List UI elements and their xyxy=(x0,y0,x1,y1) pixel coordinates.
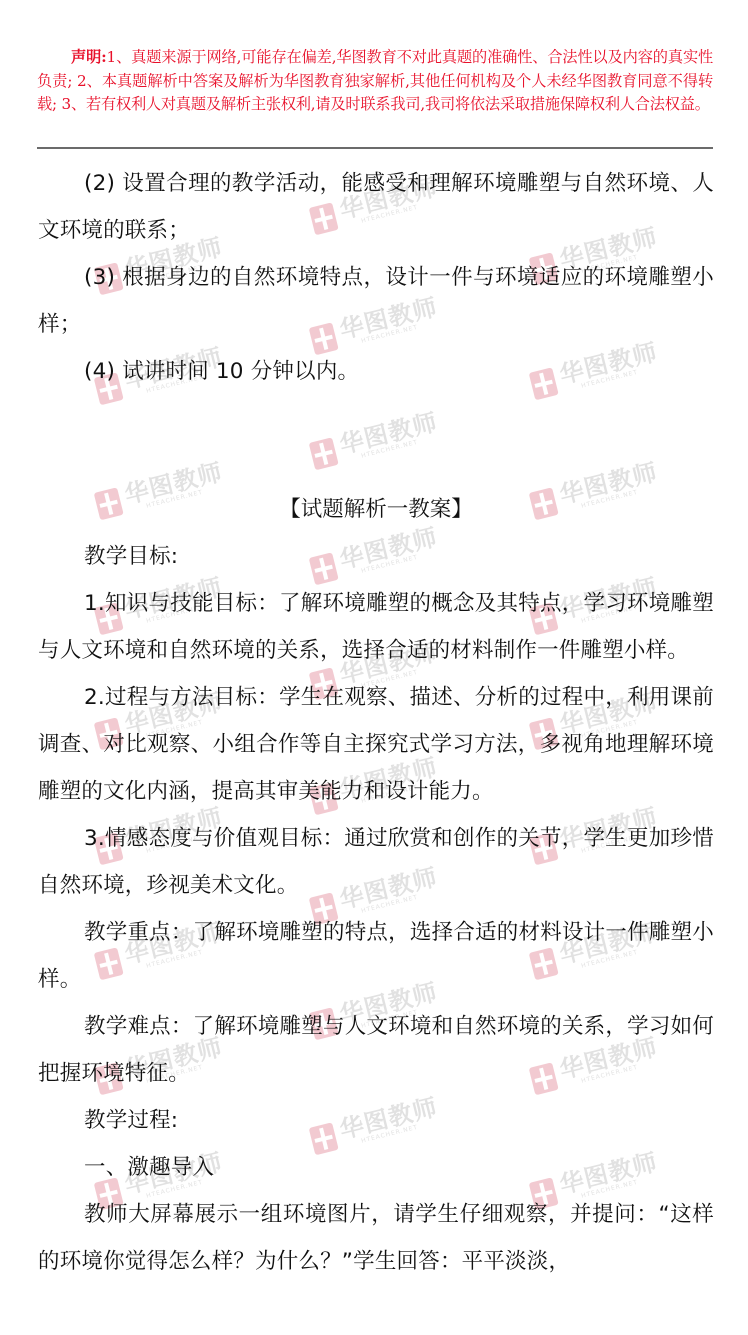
disclaimer-text: 1、真题来源于网络,可能存在偏差,华图教育不对此真题的准确性、合法性以及内容的真… xyxy=(37,48,713,113)
header-divider xyxy=(37,147,713,149)
objective-knowledge: 1.知识与技能目标：了解环境雕塑的概念及其特点，学习环境雕塑与人文环境和自然环境… xyxy=(38,580,714,674)
requirement-2: (2) 设置合理的教学活动，能感受和理解环境雕塑与自然环境、人文环境的联系； xyxy=(38,160,714,254)
objectives-label: 教学目标: xyxy=(38,533,714,580)
objective-process: 2.过程与方法目标：学生在观察、描述、分析的过程中，利用课前调查、对比观察、小组… xyxy=(38,674,714,815)
requirement-4: (4) 试讲时间 10 分钟以内。 xyxy=(38,348,714,395)
section-spacer xyxy=(38,395,714,486)
document-body: (2) 设置合理的教学活动，能感受和理解环境雕塑与自然环境、人文环境的联系； (… xyxy=(38,160,714,1285)
objective-emotion: 3.情感态度与价值观目标：通过欣赏和创作的关节，学生更加珍惜自然环境，珍视美术文… xyxy=(38,815,714,909)
process-label: 教学过程: xyxy=(38,1097,714,1144)
disclaimer-lead: 声明: xyxy=(71,48,107,66)
step1-text: 教师大屏幕展示一组环境图片，请学生仔细观察，并提问：“这样的环境你觉得怎么样？为… xyxy=(38,1191,714,1285)
step1-title: 一、激趣导入 xyxy=(38,1144,714,1191)
difficulty: 教学难点：了解环境雕塑与人文环境和自然环境的关系，学习如何把握环境特征。 xyxy=(38,1003,714,1097)
key-point: 教学重点：了解环境雕塑的特点，选择合适的材料设计一件雕塑小样。 xyxy=(38,909,714,1003)
section-heading: 【试题解析一教案】 xyxy=(38,486,714,533)
requirement-3: (3) 根据身边的自然环境特点，设计一件与环境适应的环境雕塑小样； xyxy=(38,254,714,348)
document-page: 华图教师HTEACHER.NET华图教师HTEACHER.NET华图教师HTEA… xyxy=(0,0,748,1335)
disclaimer: 声明:1、真题来源于网络,可能存在偏差,华图教育不对此真题的准确性、合法性以及内… xyxy=(37,46,713,117)
